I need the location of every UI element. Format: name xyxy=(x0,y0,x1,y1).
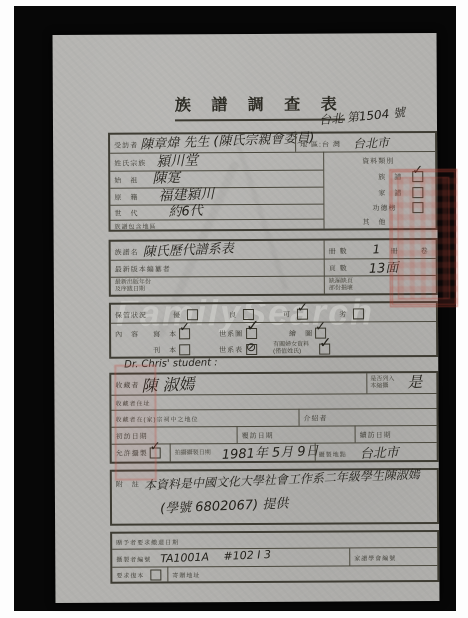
content-pedigree-table-checkbox: ⊘ xyxy=(246,344,257,355)
material-other-label: 其 他 xyxy=(362,217,386,227)
third-visit-label: 續訪日期 xyxy=(360,430,392,440)
origin-label: 原 籍 xyxy=(114,193,138,203)
content-printed-label: 刊 本 xyxy=(153,345,177,355)
content-drawing-label: 繪 圖 xyxy=(289,329,313,339)
notes-label: 附 註 xyxy=(116,480,140,490)
microfilm-include-label-2: 本縮攝 xyxy=(370,383,388,390)
microfilm-include-label: 是否列入 xyxy=(370,376,394,383)
content-label: 內 容 xyxy=(115,330,139,340)
condition-good-label: 良 xyxy=(229,310,237,320)
check-mark: ✓ xyxy=(315,321,326,334)
box-genealogy-book: 族譜名 陳氏歷代譜系表 最新版本編纂者 最新出版年份 及序跋日期 冊 數 1 冊… xyxy=(109,238,438,297)
content-pedigree-chart-checkbox: ✓ xyxy=(246,328,257,339)
scanned-form-paper: FamilySearch 族 譜 調 查 表 台北 第1504 號 受訪者 陳章… xyxy=(53,33,440,603)
pages-label: 頁 數 xyxy=(329,263,348,273)
content-pedigree-chart-label: 世系圖 xyxy=(219,329,243,339)
red-seal-stamp-inner xyxy=(397,177,450,299)
content-women-data-label-2: (僅值姓氏) xyxy=(273,349,301,356)
filmer-number-value: TA1001A #102 I 3 xyxy=(160,546,271,566)
book-title-value: 陳氏歷代譜系表 xyxy=(142,237,234,260)
surname-lineage-label: 姓氏宗族 xyxy=(114,159,146,169)
content-manuscript-label: 寫 本 xyxy=(153,329,177,339)
interviewee-value: 陳章煒 先生 (陳氏宗親會委員) xyxy=(140,127,315,153)
condition-fair-label: 可 xyxy=(283,310,291,320)
generations-label: 世 代 xyxy=(114,209,138,219)
mailing-address-label: 寄贈地址 xyxy=(172,570,200,579)
region-label: 地 區:台 灣 xyxy=(300,140,341,150)
check-mark: ✓ xyxy=(319,336,332,351)
filmer-number-label: 攝製者編號 xyxy=(116,554,151,563)
content-women-data-checkbox: ✓ xyxy=(319,344,330,355)
filming-date-value: 1981年 5月 9日 xyxy=(221,440,319,463)
red-seal-stamp-right xyxy=(389,169,458,307)
first-ancestor-label: 始 祖 xyxy=(114,176,138,186)
pubyear-label-2: 及序跋日期 xyxy=(115,287,145,294)
box-holder-info: 收藏者 陳 淑嫣 是否列入 本縮攝 是 收藏者住址 收藏者在(家)宗祠中之地位 … xyxy=(109,371,438,464)
condition-excellent-label: 優 xyxy=(173,310,181,320)
microfilm-include-value: 是 xyxy=(407,371,423,393)
check-mark: ⊘ xyxy=(246,341,256,353)
interviewee-label: 受訪者 xyxy=(114,141,138,151)
notes-line1: 本資料是中國文化大學社會工作系二年級學生陳淑嫣 xyxy=(144,465,420,493)
second-visit-label: 覆訪日期 xyxy=(242,431,274,441)
region-value: 台北市 xyxy=(353,134,390,152)
volumes-label: 冊 數 xyxy=(329,246,348,256)
society-number-label: 家譜學會編號 xyxy=(354,553,396,562)
content-printed-checkbox xyxy=(179,344,190,355)
copy-request-checkbox xyxy=(150,569,161,580)
donor-return-date-label: 贈予者要求繳還日期 xyxy=(116,537,179,546)
material-type-header: 資料類別 xyxy=(362,156,394,166)
condition-poor-checkbox xyxy=(353,308,364,319)
condition-fair-checkbox: ✓ xyxy=(297,309,308,320)
introducer-label: 介紹者 xyxy=(304,414,328,424)
check-mark: ✓ xyxy=(179,321,190,334)
generations-value: 約6代 xyxy=(168,200,203,220)
content-pedigree-table-label: 世系表 xyxy=(219,345,243,355)
damage-label-2: 部份損壞 xyxy=(329,285,353,292)
box-admin-footer: 贈予者要求繳還日期 攝製者編號 TA1001A #102 I 3 家譜學會編號 … xyxy=(110,530,439,584)
condition-excellent-checkbox xyxy=(187,309,198,320)
condition-label: 保管狀況 xyxy=(115,311,147,321)
check-mark: ✓ xyxy=(246,318,259,334)
filming-date-label: 拍攝攝製日期 xyxy=(175,450,211,457)
condition-poor-label: 劣 xyxy=(339,309,347,319)
red-seal-stamp-left xyxy=(114,364,157,480)
volumes-value: 1 xyxy=(372,242,380,256)
filming-place-label: 攝製地點 xyxy=(319,449,347,458)
box-notes: 附 註 本資料是中國文化大學社會工作系二年級學生陳淑嫣 (學號 6802067)… xyxy=(110,468,439,526)
copy-request-label: 要求復本 xyxy=(116,571,144,580)
editor-label: 最新版本編纂者 xyxy=(115,264,171,274)
filming-place-value: 台北市 xyxy=(359,442,399,463)
box-condition-content: 保管狀況 優 良 可 ✓ 劣 內 容 寫 本 ✓ 世系圖 ✓ 繪 圖 ✓ 刊 本… xyxy=(109,301,438,359)
photo-background: FamilySearch 族 譜 調 查 表 台北 第1504 號 受訪者 陳章… xyxy=(14,6,456,611)
content-manuscript-checkbox: ✓ xyxy=(179,328,190,339)
coverage-area-label: 族譜包含地區 xyxy=(114,221,156,230)
book-title-label: 族譜名 xyxy=(115,248,139,258)
notes-line2: (學號 6802067) 提供 xyxy=(160,493,289,517)
check-mark: ✓ xyxy=(297,302,308,315)
box-respondent-info: 受訪者 陳章煒 先生 (陳氏宗親會委員) 地 區:台 灣 台北市 姓氏宗族 潁川… xyxy=(108,131,438,232)
